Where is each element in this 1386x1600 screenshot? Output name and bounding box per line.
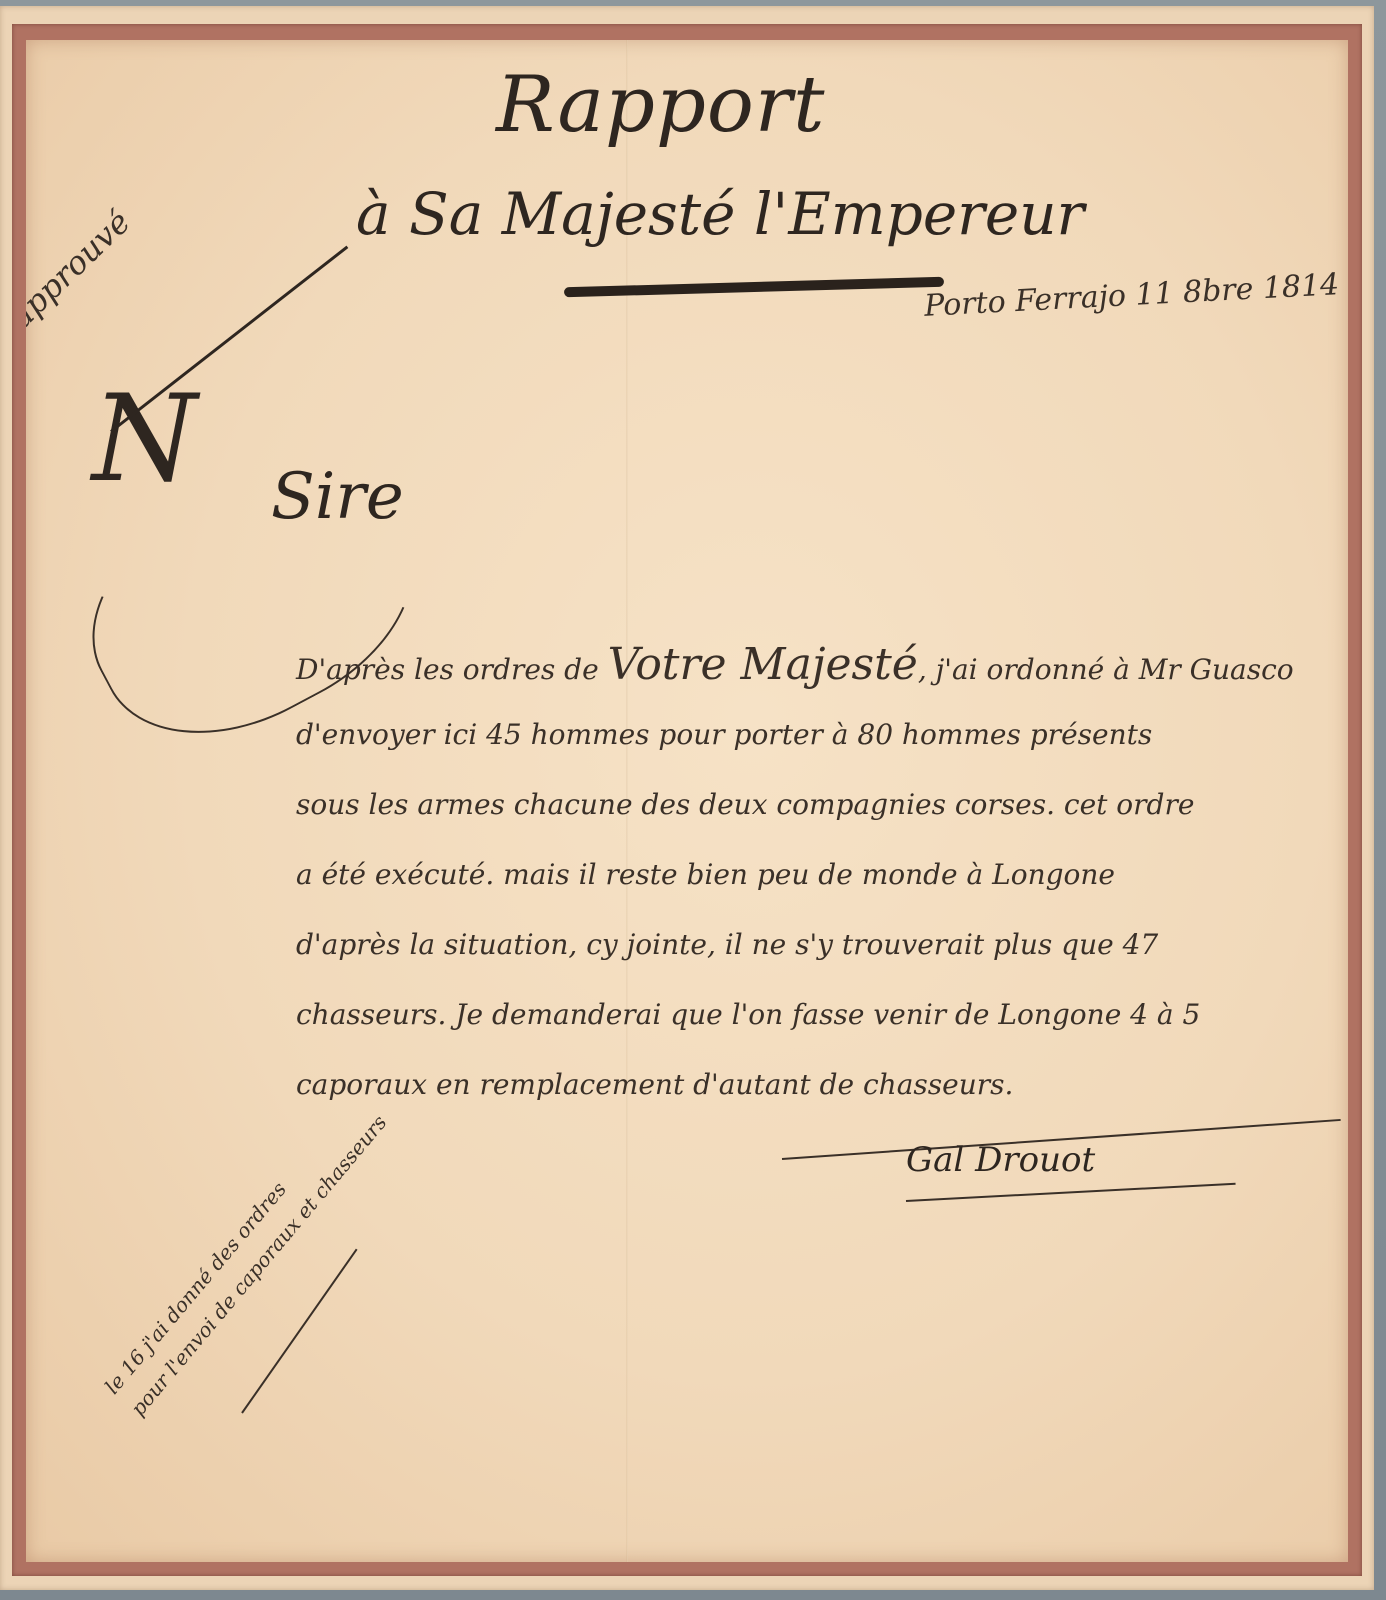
document-addressee: à Sa Majesté l'Empereur — [356, 180, 1084, 248]
body-line-5: d'après la situation, cy jointe, il ne s… — [296, 910, 1316, 980]
approval-annotation: approuvé — [26, 203, 138, 336]
signature-flourish-lower — [906, 1183, 1236, 1202]
body-line-2: d'envoyer ici 45 hommes pour porter à 80… — [296, 700, 1316, 770]
body-line-7: caporaux en remplacement d'autant de cha… — [296, 1050, 1316, 1120]
manuscript-paper: Rapport à Sa Majesté l'Empereur Porto Fe… — [26, 40, 1348, 1562]
body-line-6: chasseurs. Je demanderai que l'on fasse … — [296, 980, 1316, 1050]
approval-flourish-stroke — [110, 246, 348, 433]
body-line-1-emphasis: Votre Majesté — [608, 639, 918, 690]
margin-note-line-2: pour l'envoi de caporaux et chasseurs — [122, 1107, 395, 1423]
signature: Gal Drouot — [906, 1140, 1095, 1180]
date-line: Porto Ferrajo 11 8bre 1814 — [923, 267, 1340, 324]
title-underline — [564, 277, 944, 298]
document-title: Rapport — [496, 60, 825, 150]
body-line-1: D'après les ordres de Votre Majesté, j'a… — [296, 630, 1316, 700]
body-line-1-post: , j'ai ordonné à Mr Guasco — [918, 653, 1294, 686]
body-line-1-pre: D'après les ordres de — [296, 653, 608, 686]
letter-body: D'après les ordres de Votre Majesté, j'a… — [296, 630, 1316, 1120]
body-line-3: sous les armes chacune des deux compagni… — [296, 770, 1316, 840]
salutation: Sire — [271, 460, 404, 534]
imperial-initial-n: N — [92, 370, 197, 509]
body-line-4: a été exécuté. mais il reste bien peu de… — [296, 840, 1316, 910]
margin-note-line-1: le 16 j'ai donné des ordres — [96, 1085, 369, 1401]
